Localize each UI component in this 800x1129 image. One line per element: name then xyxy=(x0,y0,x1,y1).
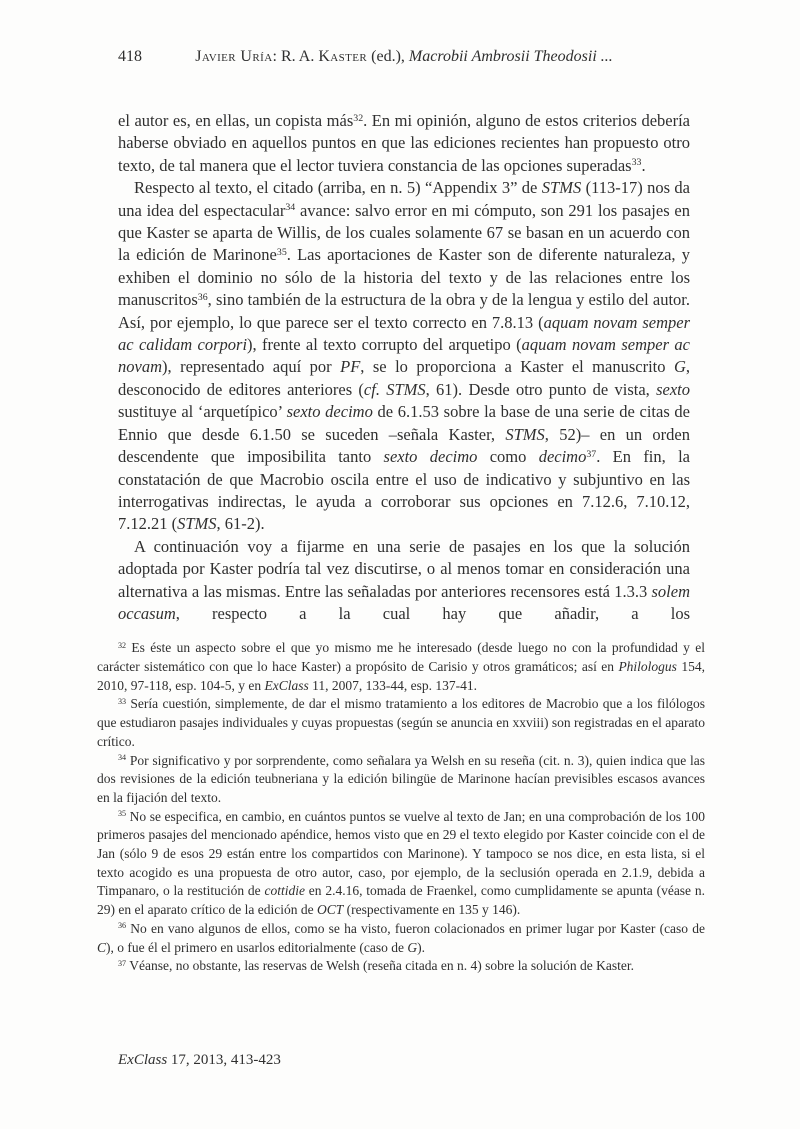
journal-page: 418 Javier Uría: R. A. Kaster (ed.), Mac… xyxy=(0,0,800,1129)
paragraph-continued: el autor es, en ellas, un copista más32.… xyxy=(118,110,690,177)
footnote-37: 37 Véanse, no obstante, las reservas de … xyxy=(97,957,705,976)
footnote-33: 33 Sería cuestión, simplemente, de dar e… xyxy=(97,695,705,751)
page-number: 418 xyxy=(118,48,142,66)
footnotes-section: 32 Es éste un aspecto sobre el que yo mi… xyxy=(97,639,705,976)
footnote-34: 34 Por significativo y por sorprendente,… xyxy=(97,752,705,808)
paragraph-respecto-al-texto: Respecto al texto, el citado (arriba, en… xyxy=(118,177,690,536)
journal-footer: ExClass 17, 2013, 413-423 xyxy=(118,1052,281,1069)
footnote-36: 36 No en vano algunos de ellos, como se … xyxy=(97,920,705,957)
body-text: el autor es, en ellas, un copista más32.… xyxy=(118,110,690,625)
footnote-35: 35 No se especifica, en cambio, en cuánt… xyxy=(97,808,705,920)
running-title: Javier Uría: R. A. Kaster (ed.), Macrobi… xyxy=(118,48,690,66)
footnote-32: 32 Es éste un aspecto sobre el que yo mi… xyxy=(97,639,705,695)
paragraph-a-continuacion: A continuación voy a fijarme en una seri… xyxy=(118,536,690,626)
running-header: 418 Javier Uría: R. A. Kaster (ed.), Mac… xyxy=(118,48,690,68)
